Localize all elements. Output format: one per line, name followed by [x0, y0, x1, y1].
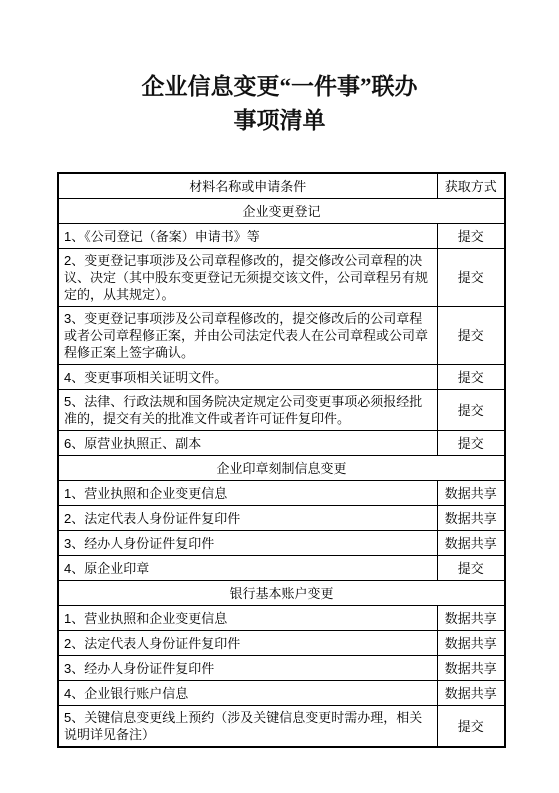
method-cell: 提交 — [437, 556, 505, 581]
method-cell: 数据共享 — [437, 481, 505, 506]
section-title: 企业印章刻制信息变更 — [58, 456, 505, 481]
material-cell: 4、企业银行账户信息 — [58, 681, 437, 706]
table-row: 4、企业银行账户信息 数据共享 — [58, 681, 505, 706]
document-page: 企业信息变更“一件事”联办 事项清单 材料名称或申请条件 获取方式 企业变更登记… — [0, 0, 559, 793]
material-cell: 3、变更登记事项涉及公司章程修改的，提交修改后的公司章程或者公司章程修正案，并由… — [58, 307, 437, 365]
table-row: 3、经办人身份证件复印件 数据共享 — [58, 656, 505, 681]
table-row: 2、法定代表人身份证件复印件 数据共享 — [58, 506, 505, 531]
table-row: 1、《公司登记（备案）申请书》等 提交 — [58, 224, 505, 249]
section-title: 银行基本账户变更 — [58, 581, 505, 606]
materials-table: 材料名称或申请条件 获取方式 企业变更登记 1、《公司登记（备案）申请书》等 提… — [57, 172, 506, 748]
table-row: 5、关键信息变更线上预约（涉及关键信息变更时需办理，相关说明详见备注） 提交 — [58, 706, 505, 748]
table-row: 4、原企业印章 提交 — [58, 556, 505, 581]
table-row: 3、变更登记事项涉及公司章程修改的，提交修改后的公司章程或者公司章程修正案，并由… — [58, 307, 505, 365]
table-row: 6、原营业执照正、副本 提交 — [58, 431, 505, 456]
material-cell: 1、营业执照和企业变更信息 — [58, 606, 437, 631]
method-cell: 提交 — [437, 307, 505, 365]
table-row: 1、营业执照和企业变更信息 数据共享 — [58, 606, 505, 631]
table-header-row: 材料名称或申请条件 获取方式 — [58, 173, 505, 199]
page-title-line-2: 事项清单 — [0, 104, 559, 138]
method-cell: 数据共享 — [437, 606, 505, 631]
section-row: 企业变更登记 — [58, 199, 505, 224]
table-row: 3、经办人身份证件复印件 数据共享 — [58, 531, 505, 556]
method-cell: 数据共享 — [437, 631, 505, 656]
material-cell: 4、变更事项相关证明文件。 — [58, 365, 437, 390]
method-cell: 数据共享 — [437, 506, 505, 531]
method-cell: 提交 — [437, 224, 505, 249]
section-title: 企业变更登记 — [58, 199, 505, 224]
header-method: 获取方式 — [437, 173, 505, 199]
section-row: 企业印章刻制信息变更 — [58, 456, 505, 481]
material-cell: 2、法定代表人身份证件复印件 — [58, 506, 437, 531]
method-cell: 数据共享 — [437, 656, 505, 681]
material-cell: 3、经办人身份证件复印件 — [58, 531, 437, 556]
table-row: 2、法定代表人身份证件复印件 数据共享 — [58, 631, 505, 656]
page-title-line-1: 企业信息变更“一件事”联办 — [0, 70, 559, 104]
material-cell: 1、《公司登记（备案）申请书》等 — [58, 224, 437, 249]
method-cell: 提交 — [437, 431, 505, 456]
material-cell: 4、原企业印章 — [58, 556, 437, 581]
header-material: 材料名称或申请条件 — [58, 173, 437, 199]
material-cell: 2、法定代表人身份证件复印件 — [58, 631, 437, 656]
table-row: 4、变更事项相关证明文件。 提交 — [58, 365, 505, 390]
material-cell: 6、原营业执照正、副本 — [58, 431, 437, 456]
table-row: 5、法律、行政法规和国务院决定规定公司变更事项必须报经批准的，提交有关的批准文件… — [58, 390, 505, 431]
table-row: 1、营业执照和企业变更信息 数据共享 — [58, 481, 505, 506]
material-cell: 5、法律、行政法规和国务院决定规定公司变更事项必须报经批准的，提交有关的批准文件… — [58, 390, 437, 431]
method-cell: 数据共享 — [437, 681, 505, 706]
table-row: 2、变更登记事项涉及公司章程修改的，提交修改公司章程的决议、决定（其中股东变更登… — [58, 249, 505, 307]
material-cell: 3、经办人身份证件复印件 — [58, 656, 437, 681]
page-title: 企业信息变更“一件事”联办 事项清单 — [0, 70, 559, 138]
method-cell: 提交 — [437, 706, 505, 748]
method-cell: 提交 — [437, 390, 505, 431]
method-cell: 数据共享 — [437, 531, 505, 556]
material-cell: 2、变更登记事项涉及公司章程修改的，提交修改公司章程的决议、决定（其中股东变更登… — [58, 249, 437, 307]
method-cell: 提交 — [437, 249, 505, 307]
method-cell: 提交 — [437, 365, 505, 390]
section-row: 银行基本账户变更 — [58, 581, 505, 606]
material-cell: 5、关键信息变更线上预约（涉及关键信息变更时需办理，相关说明详见备注） — [58, 706, 437, 748]
material-cell: 1、营业执照和企业变更信息 — [58, 481, 437, 506]
